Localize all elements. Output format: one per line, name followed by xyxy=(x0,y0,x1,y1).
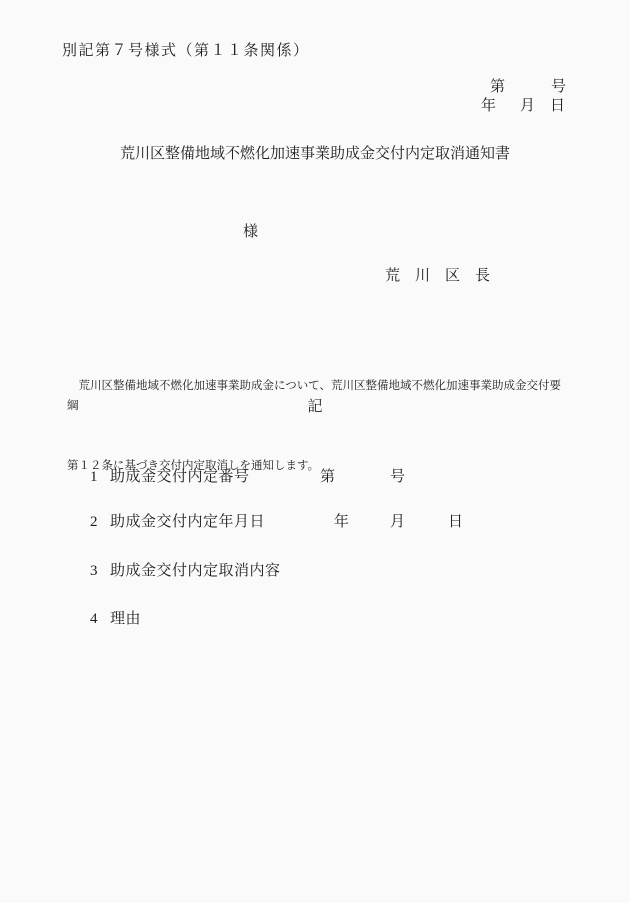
document-page: 別記第７号様式（第１１条関係） 第 号 年 月 日 荒川区整備地域不燃化加速事業… xyxy=(0,0,630,903)
item-number: 2 xyxy=(90,515,98,530)
date-year-label: 年 xyxy=(481,99,496,114)
sender-title: 荒 川 区 長 xyxy=(385,269,490,284)
item-month-label: 月 xyxy=(390,515,405,530)
item-value-suffix: 号 xyxy=(390,470,405,485)
item-label: 助成金交付内定番号 xyxy=(110,470,250,485)
doc-number-suffix: 号 xyxy=(551,80,566,95)
date-month-label: 月 xyxy=(520,99,535,114)
item-label: 助成金交付内定取消内容 xyxy=(110,564,281,579)
doc-number-prefix: 第 xyxy=(490,80,505,95)
item-day-label: 日 xyxy=(448,515,463,530)
body-paragraph: 荒川区整備地域不燃化加速事業助成金について、荒川区整備地域不燃化加速事業助成金交… xyxy=(67,336,572,516)
date-day-label: 日 xyxy=(550,99,565,114)
item-value-prefix: 第 xyxy=(320,470,335,485)
section-marker: 記 xyxy=(0,400,630,415)
item-number: 4 xyxy=(90,612,98,627)
item-number: 1 xyxy=(90,470,98,485)
document-title: 荒川区整備地域不燃化加速事業助成金交付内定取消通知書 xyxy=(0,147,630,162)
item-number: 3 xyxy=(90,564,98,579)
form-number: 別記第７号様式（第１１条関係） xyxy=(62,44,310,59)
addressee-honorific: 様 xyxy=(243,225,258,240)
item-label: 助成金交付内定年月日 xyxy=(110,515,265,530)
item-label: 理由 xyxy=(110,612,141,627)
item-year-label: 年 xyxy=(334,515,349,530)
